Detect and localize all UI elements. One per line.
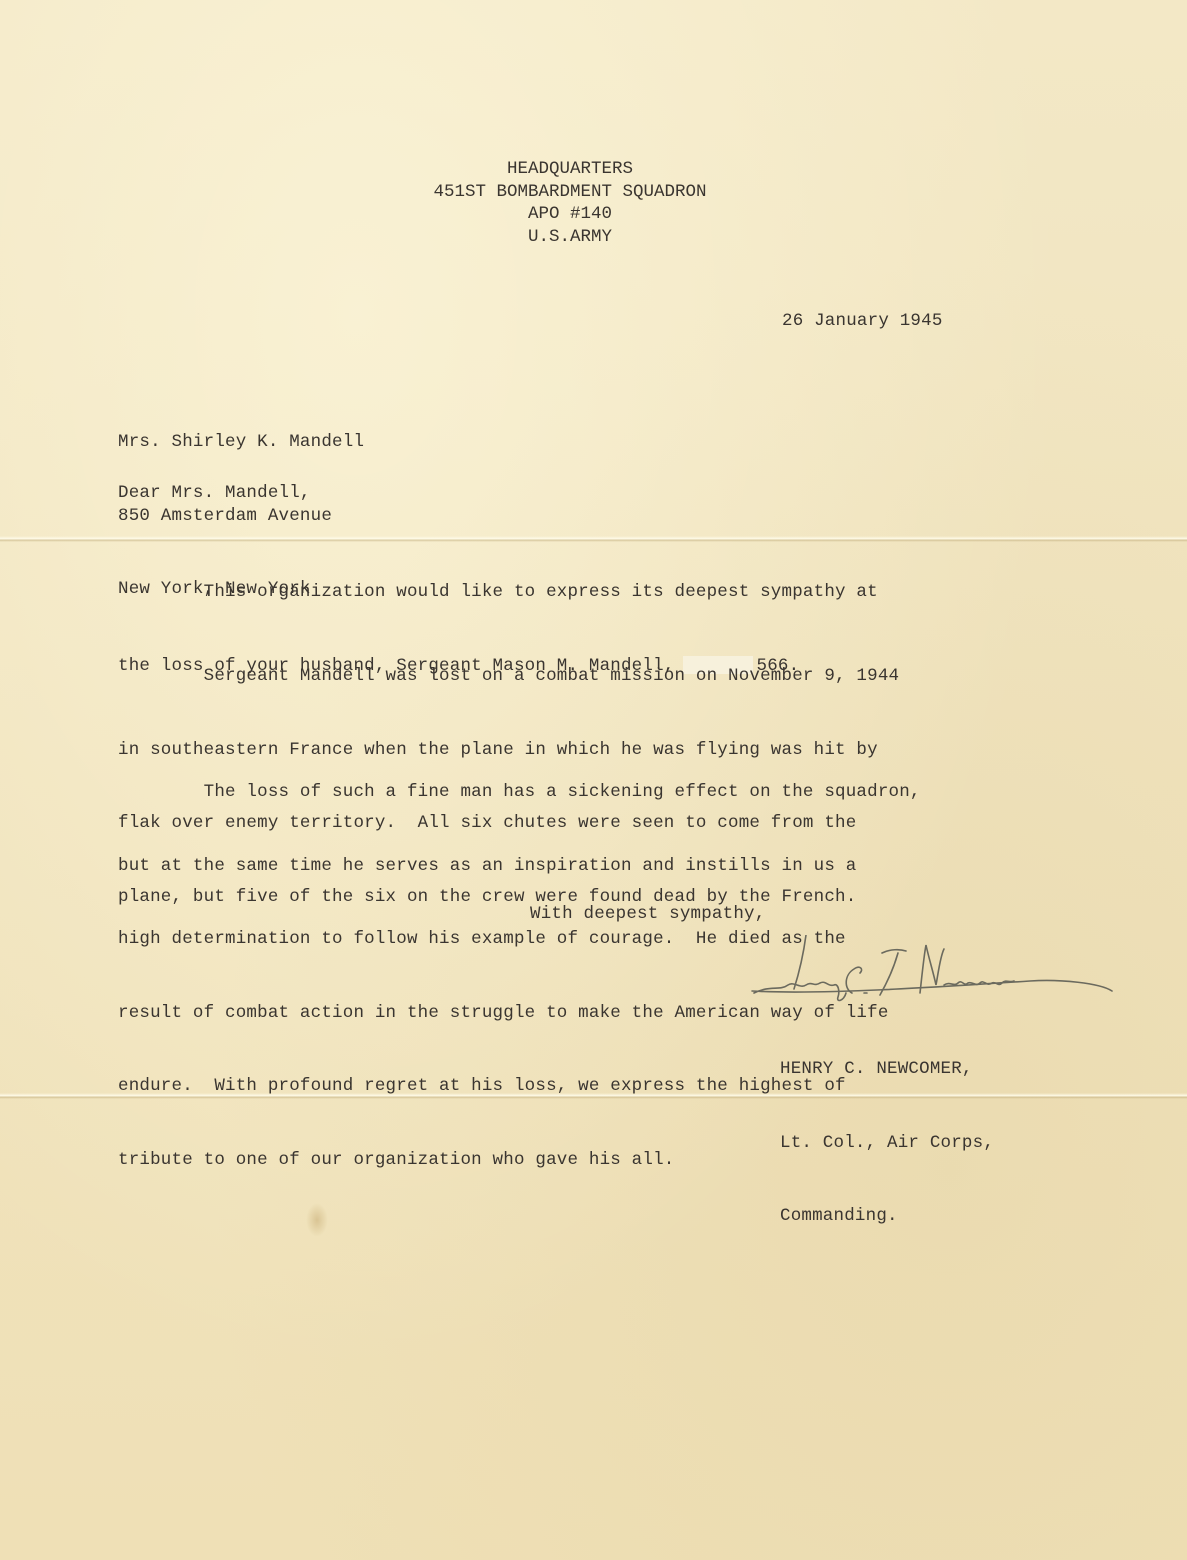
recipient-street: 850 Amsterdam Avenue <box>118 504 364 529</box>
recipient-name: Mrs. Shirley K. Mandell <box>118 430 364 455</box>
signer-name: HENRY C. NEWCOMER, <box>780 1057 994 1082</box>
body-line: The loss of such a fine man has a sicken… <box>118 780 921 805</box>
salutation: Dear Mrs. Mandell, <box>118 481 311 506</box>
body-line: This organization would like to express … <box>118 580 878 605</box>
signer-rank: Lt. Col., Air Corps, <box>780 1131 994 1156</box>
letterhead-line: U.S.ARMY <box>0 226 1140 249</box>
letterhead-line: HEADQUARTERS <box>0 158 1140 181</box>
letter-page: HEADQUARTERS 451ST BOMBARDMENT SQUADRON … <box>0 0 1187 1560</box>
letter-date: 26 January 1945 <box>782 309 943 334</box>
letterhead-line: APO #140 <box>0 203 1140 226</box>
letterhead-line: 451ST BOMBARDMENT SQUADRON <box>0 181 1140 204</box>
closing: With deepest sympathy, <box>530 902 765 927</box>
body-line: Sergeant Mandell was lost on a combat mi… <box>118 664 899 689</box>
signature-block: HENRY C. NEWCOMER, Lt. Col., Air Corps, … <box>780 1008 994 1278</box>
body-line: but at the same time he serves as an ins… <box>118 854 921 879</box>
letterhead: HEADQUARTERS 451ST BOMBARDMENT SQUADRON … <box>0 158 1140 248</box>
signer-role: Commanding. <box>780 1204 994 1229</box>
handwritten-signature <box>740 935 1130 1015</box>
